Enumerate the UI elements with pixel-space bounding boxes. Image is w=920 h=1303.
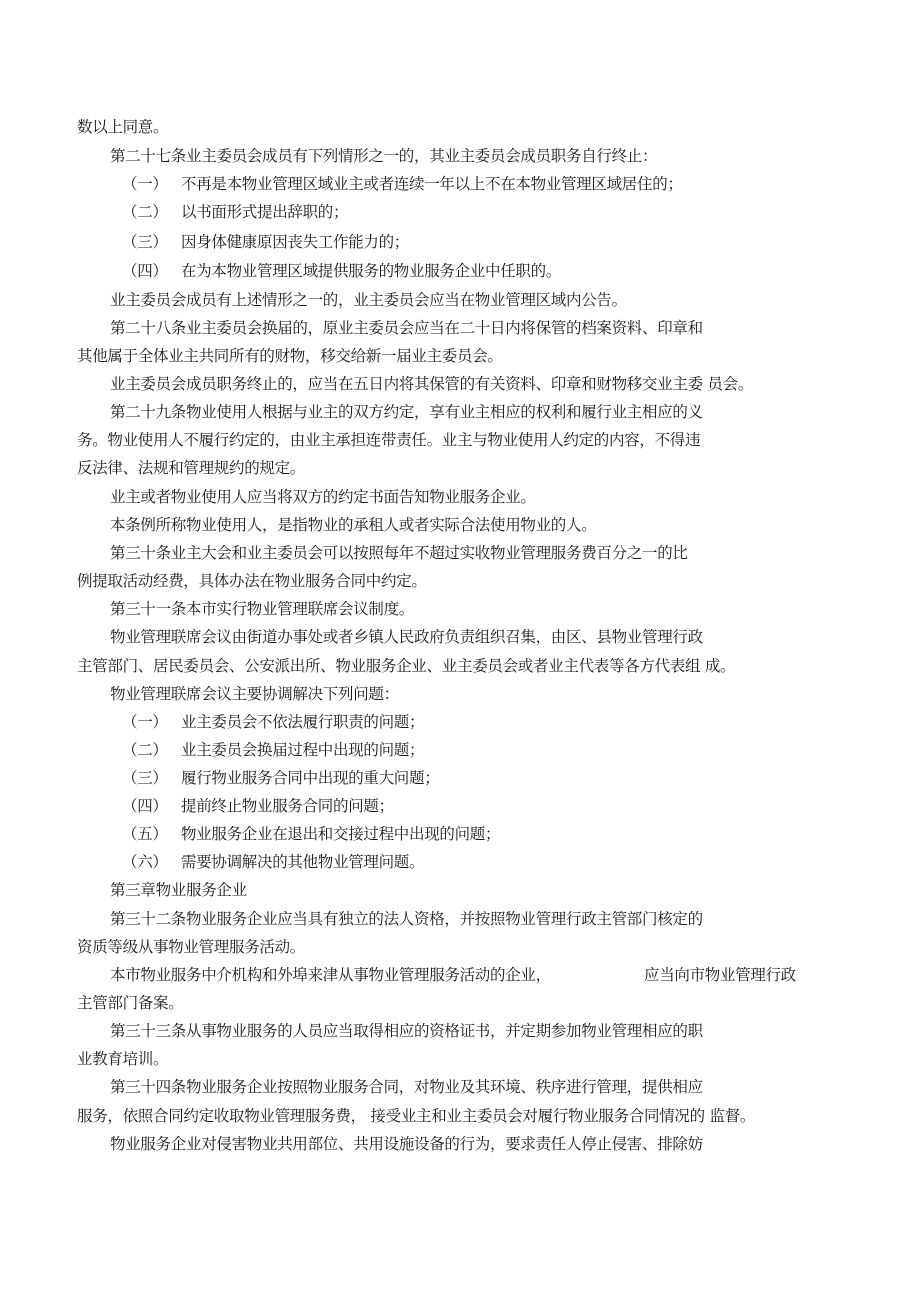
list-item-number: （四） xyxy=(122,261,168,281)
list-item-text: 因身体健康原因丧失工作能力的； xyxy=(181,232,409,252)
paragraph-line: 资质等级从事物业管理服务活动。 xyxy=(77,937,305,957)
paragraph-line: 例提取活动经费，具体办法在物业服务合同中约定。 xyxy=(77,571,427,591)
list-item-text: 业主委员会换届过程中出现的问题； xyxy=(181,740,424,760)
paragraph-line: 第二十八条业主委员会换届的，原业主委员会应当在二十日内将保管的档案资料、印章和 xyxy=(110,318,703,338)
line-text: 第二十八条业主委员会换届的，原业主委员会应当在二十日内将保管的档案资料、印章和 xyxy=(110,319,703,337)
list-item-number: （三） xyxy=(122,768,168,788)
list-item-number: （五） xyxy=(122,824,168,844)
list-item-number: （四） xyxy=(122,796,168,816)
line-text: 第三十条业主大会和业主委员会可以按照每年不超过实收物业管理服务费百分之一的比 xyxy=(110,544,688,562)
list-item-text: 履行物业服务合同中出现的重大问题； xyxy=(181,768,439,788)
paragraph-line: 服务，依照合同约定收取物业管理服务费， 接受业主和业主委员会对履行物业服务合同情… xyxy=(77,1106,755,1126)
paragraph-line: 业主委员会成员职务终止的，应当在五日内将其保管的有关资料、印章和财物移交业主委 … xyxy=(110,374,753,394)
line-text-tail: 应当向市物业管理行政 xyxy=(644,965,796,985)
line-text: 资质等级从事物业管理服务活动。 xyxy=(77,938,305,956)
paragraph-line: 第三十四条物业服务企业按照物业服务合同，对物业及其环境、秩序进行管理，提供相应 xyxy=(110,1077,703,1097)
list-item-number: （二） xyxy=(122,202,168,222)
paragraph-line: 第三十二条物业服务企业应当具有独立的法人资格，并按照物业管理行政主管部门核定的 xyxy=(110,909,703,929)
list-item-number: （一） xyxy=(122,174,168,194)
paragraph-line: 第二十七条业主委员会成员有下列情形之一的，其业主委员会成员职务自行终止： xyxy=(110,146,657,166)
line-text: 第三十四条物业服务企业按照物业服务合同，对物业及其环境、秩序进行管理，提供相应 xyxy=(110,1078,703,1096)
line-text: 第三章物业服务企业 xyxy=(110,881,247,899)
line-text: 业教育培训。 xyxy=(77,1050,168,1068)
line-text: 业主委员会成员职务终止的，应当在五日内将其保管的有关资料、印章和财物移交业主委 … xyxy=(110,375,753,393)
paragraph-line: 数以上同意。 xyxy=(77,117,168,137)
paragraph-line: 第三十一条本市实行物业管理联席会议制度。 xyxy=(110,599,414,619)
line-text: 务。物业使用人不履行约定的，由业主承担连带责任。业主与物业使用人约定的内容，不得… xyxy=(77,431,700,449)
line-text: 第三十三条从事物业服务的人员应当取得相应的资格证书，并定期参加物业管理相应的职 xyxy=(110,1022,703,1040)
line-text: 物业管理联席会议主要协调解决下列问题： xyxy=(110,685,399,703)
line-text: 反法律、法规和管理规约的规定。 xyxy=(77,459,305,477)
paragraph-line: 务。物业使用人不履行约定的，由业主承担连带责任。业主与物业使用人约定的内容，不得… xyxy=(77,430,700,450)
list-item-text: 提前终止物业服务合同的问题； xyxy=(181,796,394,816)
line-text: 数以上同意。 xyxy=(77,118,168,136)
line-text: 本条例所称物业使用人，是指物业的承租人或者实际合法使用物业的人。 xyxy=(110,516,596,534)
line-text: 主管部门备案。 xyxy=(77,994,183,1012)
paragraph-line: 物业管理联席会议主要协调解决下列问题： xyxy=(110,684,399,704)
line-text: 业主或者物业使用人应当将双方的约定书面告知物业服务企业。 xyxy=(110,488,536,506)
line-text: 物业管理联席会议由街道办事处或者乡镇人民政府负责组织召集，由区、县物业管理行政 xyxy=(110,628,703,646)
paragraph-line: 主管部门备案。 xyxy=(77,993,183,1013)
line-text: 本市物业服务中介机构和外埠来津从事物业管理服务活动的企业， xyxy=(110,966,551,984)
chapter-heading: 第三章物业服务企业 xyxy=(110,880,247,900)
line-text: 其他属于全体业主共同所有的财物，移交给新一届业主委员会。 xyxy=(77,347,503,365)
paragraph-line: 物业服务企业对侵害物业共用部位、共用设施设备的行为，要求责任人停止侵害、排除妨 xyxy=(110,1134,703,1154)
paragraph-line: 反法律、法规和管理规约的规定。 xyxy=(77,458,305,478)
line-text: 物业服务企业对侵害物业共用部位、共用设施设备的行为，要求责任人停止侵害、排除妨 xyxy=(110,1135,703,1153)
paragraph-line: 业主或者物业使用人应当将双方的约定书面告知物业服务企业。 xyxy=(110,487,536,507)
line-text: 第三十二条物业服务企业应当具有独立的法人资格，并按照物业管理行政主管部门核定的 xyxy=(110,910,703,928)
document-page: 数以上同意。第二十七条业主委员会成员有下列情形之一的，其业主委员会成员职务自行终… xyxy=(0,0,920,1303)
paragraph-line: 第三十三条从事物业服务的人员应当取得相应的资格证书，并定期参加物业管理相应的职 xyxy=(110,1021,703,1041)
paragraph-line: 业主委员会成员有上述情形之一的，业主委员会应当在物业管理区域内公告。 xyxy=(110,290,627,310)
list-item-number: （一） xyxy=(122,712,168,732)
list-item-text: 业主委员会不依法履行职责的问题； xyxy=(181,712,424,732)
line-text: 主管部门、居民委员会、公安派出所、物业服务企业、业主委员会或者业主代表等各方代表… xyxy=(77,657,735,675)
paragraph-line: 第三十条业主大会和业主委员会可以按照每年不超过实收物业管理服务费百分之一的比 xyxy=(110,543,688,563)
list-item-text: 在为本物业管理区域提供服务的物业服务企业中任职的。 xyxy=(181,261,561,281)
line-text: 第三十一条本市实行物业管理联席会议制度。 xyxy=(110,600,414,618)
list-item-text: 物业服务企业在退出和交接过程中出现的问题； xyxy=(181,824,500,844)
line-text: 业主委员会成员有上述情形之一的，业主委员会应当在物业管理区域内公告。 xyxy=(110,291,627,309)
paragraph-line: 物业管理联席会议由街道办事处或者乡镇人民政府负责组织召集，由区、县物业管理行政 xyxy=(110,627,703,647)
list-item-number: （六） xyxy=(122,852,168,872)
line-text: 第二十七条业主委员会成员有下列情形之一的，其业主委员会成员职务自行终止： xyxy=(110,147,657,165)
list-item-text: 需要协调解决的其他物业管理问题。 xyxy=(181,852,424,872)
list-item-text: 以书面形式提出辞职的； xyxy=(181,202,348,222)
paragraph-line: 其他属于全体业主共同所有的财物，移交给新一届业主委员会。 xyxy=(77,346,503,366)
line-text: 例提取活动经费，具体办法在物业服务合同中约定。 xyxy=(77,572,427,590)
list-item-text: 不再是本物业管理区域业主或者连续一年以上不在本物业管理区域居住的； xyxy=(181,174,683,194)
paragraph-line: 本市物业服务中介机构和外埠来津从事物业管理服务活动的企业，应当向市物业管理行政 xyxy=(110,965,551,985)
paragraph-line: 本条例所称物业使用人，是指物业的承租人或者实际合法使用物业的人。 xyxy=(110,515,596,535)
paragraph-line: 业教育培训。 xyxy=(77,1049,168,1069)
line-text: 服务，依照合同约定收取物业管理服务费， 接受业主和业主委员会对履行物业服务合同情… xyxy=(77,1107,755,1125)
paragraph-line: 主管部门、居民委员会、公安派出所、物业服务企业、业主委员会或者业主代表等各方代表… xyxy=(77,656,735,676)
list-item-number: （二） xyxy=(122,740,168,760)
list-item-number: （三） xyxy=(122,232,168,252)
line-text: 第二十九条物业使用人根据与业主的双方约定，享有业主相应的权利和履行业主相应的义 xyxy=(110,403,703,421)
paragraph-line: 第二十九条物业使用人根据与业主的双方约定，享有业主相应的权利和履行业主相应的义 xyxy=(110,402,703,422)
